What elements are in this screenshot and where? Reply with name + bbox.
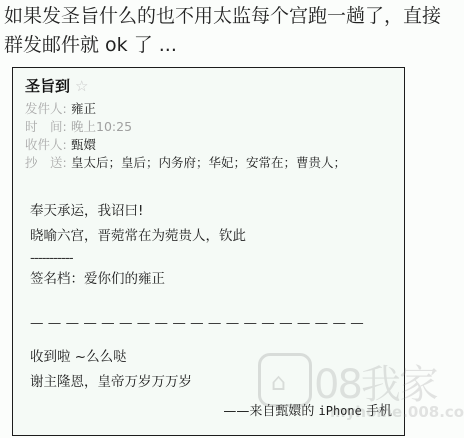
time-value: 晚上10:25 — [71, 118, 132, 136]
cc-label: 抄 送: — [25, 154, 71, 172]
star-icon[interactable]: ☆ — [75, 77, 88, 95]
reply-text: 收到啦 ~么么哒 谢主隆恩，皇帝万岁万万岁 — [30, 345, 192, 395]
email-subject: 圣旨到 — [25, 75, 70, 96]
meta-recipient: 收件人: 甄嬛 — [25, 136, 346, 154]
reply-line-2: 谢主隆恩，皇帝万岁万万岁 — [30, 370, 192, 395]
email-subject-row: 圣旨到 ☆ — [25, 75, 88, 96]
reply-line-1: 收到啦 ~么么哒 — [30, 345, 192, 370]
signature-prefix: ——来自甄嬛的 — [223, 404, 318, 419]
device-signature: ——来自甄嬛的 iPhone 手机 — [223, 400, 392, 419]
signature-line: 签名档：爱你们的雍正 — [30, 267, 246, 292]
sender-label: 发件人: — [25, 100, 71, 118]
body-line-1: 奉天承运，我诏曰! — [30, 199, 246, 224]
time-label: 时 间: — [25, 118, 71, 136]
recipient-value[interactable]: 甄嬛 — [71, 136, 96, 154]
reply-divider: — — — — — — — — — — — — — — — — — — — — [30, 315, 364, 331]
cc-value[interactable]: 皇太后；皇后；内务府；华妃；安常在；曹贵人； — [71, 154, 346, 172]
email-body: 奉天承运，我诏曰! 晓喻六宫，晋菀常在为菀贵人，钦此 ----------- 签… — [30, 199, 246, 292]
signature-device: iPhone — [319, 404, 362, 418]
meta-cc: 抄 送: 皇太后；皇后；内务府；华妃；安常在；曹贵人； — [25, 154, 346, 172]
meta-sender: 发件人: 雍正 — [25, 100, 346, 118]
email-meta: 发件人: 雍正 时 间: 晚上10:25 收件人: 甄嬛 抄 送: 皇太后；皇后… — [25, 100, 346, 172]
sender-value[interactable]: 雍正 — [71, 100, 96, 118]
recipient-label: 收件人: — [25, 136, 71, 154]
post-caption: 如果发圣旨什么的也不用太监每个宫跑一趟了，直接 群发邮件就 ok 了 ... — [4, 2, 444, 60]
body-line-2: 晓喻六宫，晋菀常在为菀贵人，钦此 — [30, 224, 246, 249]
meta-time: 时 间: 晚上10:25 — [25, 118, 346, 136]
caption-line-1: 如果发圣旨什么的也不用太监每个宫跑一趟了，直接 — [4, 2, 444, 31]
short-divider: ----------- — [30, 249, 246, 267]
email-view: 圣旨到 ☆ 发件人: 雍正 时 间: 晚上10:25 收件人: 甄嬛 抄 送: … — [12, 67, 405, 436]
signature-suffix: 手机 — [362, 404, 392, 419]
caption-line-2: 群发邮件就 ok 了 ... — [4, 31, 444, 60]
